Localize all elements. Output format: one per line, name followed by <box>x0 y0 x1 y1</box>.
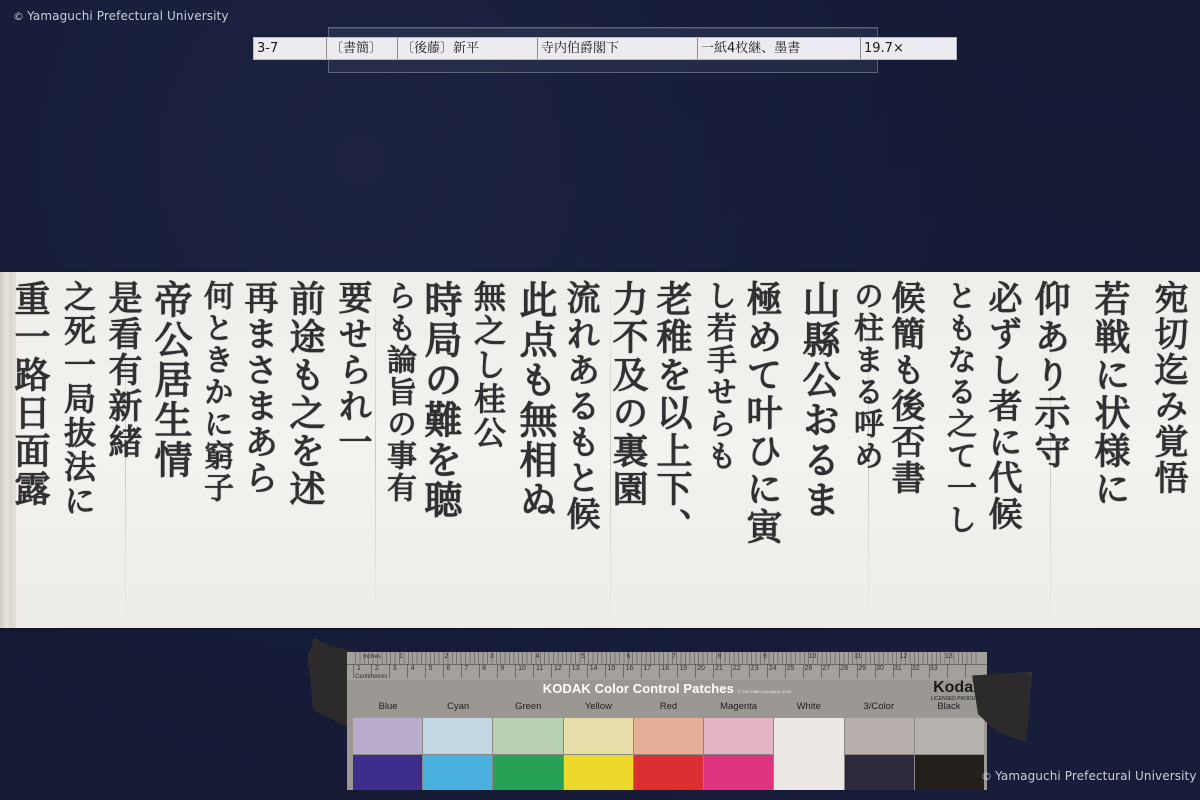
cm-mark: 9 <box>500 665 504 672</box>
calligraphy-column: の柱まる呼め <box>850 280 880 472</box>
color-patch-red <box>634 718 704 790</box>
color-patch-green <box>493 718 563 790</box>
cm-mark: 31 <box>894 665 902 672</box>
color-patch-3-color <box>845 718 915 790</box>
cm-mark: 7 <box>464 665 468 672</box>
patch-swatch-light <box>564 718 633 755</box>
kodak-color-control-strip: Inches Centimetres 123456789101112131234… <box>347 652 987 790</box>
calligraphy-column: 重一路日面露 <box>12 280 48 508</box>
cm-mark: 20 <box>697 665 705 672</box>
calligraphy-letter-paper: 宛切迄み覚悟若戦に状様に仰あり示守必ずし者に代候ともなる之て一し候簡も後否書の柱… <box>0 272 1200 628</box>
patch-swatch-dark <box>493 755 562 791</box>
calligraphy-column: 時局の難を聴 <box>421 280 459 520</box>
label-cell-id: 3-7 <box>254 38 327 59</box>
patch-swatch-light <box>423 718 492 755</box>
inch-mark: 6 <box>627 653 631 660</box>
calligraphy-column: 前途も之を述 <box>287 280 323 508</box>
color-patch-cyan <box>423 718 493 790</box>
cm-mark: 32 <box>912 665 920 672</box>
measurement-ruler: Inches Centimetres 123456789101112131234… <box>347 652 987 680</box>
patch-label-magenta: Magenta <box>704 701 774 715</box>
catalog-label-strip: 3-7〔書簡〕〔後藤〕新平寺内伯爵閣下一紙4枚継、墨書19.7× <box>253 37 957 60</box>
inch-mark: 8 <box>718 653 722 660</box>
cm-mark: 33 <box>930 665 938 672</box>
calligraphy-column: 力不及の裏園 <box>610 280 646 508</box>
cm-mark: 14 <box>590 665 598 672</box>
color-patch-white <box>774 718 844 790</box>
patch-label-black: Black <box>914 701 984 715</box>
calligraphy-column: 必ずし者に代候 <box>985 280 1019 532</box>
calligraphy-column: 候簡も後否書 <box>888 280 922 496</box>
cm-mark: 17 <box>643 665 651 672</box>
copyright-symbol: © <box>981 770 992 783</box>
inch-mark: 2 <box>445 653 449 660</box>
inch-mark: 12 <box>900 653 908 660</box>
calligraphy-column: 山縣公おるま <box>799 280 837 520</box>
patch-label-red: Red <box>633 701 703 715</box>
cm-mark: 2 <box>375 665 379 672</box>
patch-label-white: White <box>774 701 844 715</box>
cm-mark: 29 <box>858 665 866 672</box>
calligraphy-column: 之死一局抜法に <box>62 280 94 518</box>
cm-mark: 1 <box>357 665 361 672</box>
color-patch-yellow <box>564 718 634 790</box>
cm-mark: 24 <box>769 665 777 672</box>
copyright-watermark-top: ©Yamaguchi Prefectural University <box>13 9 229 23</box>
cm-mark: 15 <box>608 665 616 672</box>
copyright-text: Yamaguchi Prefectural University <box>995 769 1196 783</box>
cm-mark: 22 <box>733 665 741 672</box>
cm-mark: 28 <box>840 665 848 672</box>
patch-swatch-dark <box>564 755 633 791</box>
cm-mark: 18 <box>661 665 669 672</box>
color-patches <box>353 718 984 790</box>
patch-swatch-dark <box>845 755 914 791</box>
label-cell-dimensions: 19.7× <box>861 38 956 59</box>
label-cell-format: 一紙4枚継、墨書 <box>698 38 861 59</box>
calligraphy-column: 再まさまあら <box>241 280 275 496</box>
inch-mark: 3 <box>490 653 494 660</box>
calligraphy-column: 要せられ一 <box>335 280 369 460</box>
inch-mark: 5 <box>581 653 585 660</box>
copyright-symbol: © <box>13 10 24 23</box>
cm-mark: 26 <box>805 665 813 672</box>
patch-label-3-color: 3/Color <box>844 701 914 715</box>
label-cell-recipient: 寺内伯爵閣下 <box>538 38 698 59</box>
calligraphy-column: 若戦に状様に <box>1092 280 1128 508</box>
patch-label-green: Green <box>493 701 563 715</box>
inches-label: Inches <box>363 654 381 660</box>
patch-swatch-light <box>704 718 773 755</box>
calligraphy-column: し若手せらも <box>703 280 733 472</box>
cm-mark: 12 <box>554 665 562 672</box>
calligraphy-column: らも論旨の事有 <box>383 280 413 504</box>
calligraphy-column: 是看有新緒 <box>105 280 139 460</box>
color-patch-blue <box>353 718 423 790</box>
cm-mark: 5 <box>429 665 433 672</box>
copyright-text: Yamaguchi Prefectural University <box>27 9 228 23</box>
calligraphy-column: 仰あり示守 <box>1032 280 1068 470</box>
calligraphy-column: 何ときかに窮子 <box>200 280 230 504</box>
inch-mark: 4 <box>536 653 540 660</box>
inch-mark: 1 <box>399 653 403 660</box>
cm-mark: 30 <box>876 665 884 672</box>
tiffen-copyright: © The Tiffen Company, 2000 <box>738 689 791 694</box>
cm-mark: 23 <box>751 665 759 672</box>
cm-mark: 16 <box>626 665 634 672</box>
patch-swatch-dark <box>423 755 492 791</box>
patch-swatch-light <box>845 718 914 755</box>
color-patch-black <box>915 718 984 790</box>
calligraphy-column: 無之し桂公 <box>472 280 504 450</box>
patch-swatch-dark <box>704 755 773 791</box>
centimetres-label: Centimetres <box>355 674 387 680</box>
calligraphy-column: 帝公居生情 <box>151 280 189 480</box>
calligraphy-column: 老稚を以上下、 <box>654 280 690 546</box>
cm-mark: 8 <box>482 665 486 672</box>
patch-swatch-light <box>634 718 703 755</box>
patch-swatch-light <box>915 718 984 755</box>
patch-swatch <box>774 718 843 790</box>
patch-swatch-dark <box>915 755 984 791</box>
calligraphy-column: 宛切迄み覚悟 <box>1151 280 1185 496</box>
paper-fold-line <box>375 272 376 628</box>
patch-swatch-dark <box>634 755 703 791</box>
inch-mark: 10 <box>809 653 817 660</box>
patch-label-cyan: Cyan <box>423 701 493 715</box>
color-patch-magenta <box>704 718 774 790</box>
inch-mark: 11 <box>854 653 861 660</box>
patch-label-blue: Blue <box>353 701 423 715</box>
cm-mark: 19 <box>679 665 687 672</box>
calligraphy-column: 流れあるもと候 <box>563 280 597 532</box>
patch-labels: BlueCyanGreenYellowRedMagentaWhite3/Colo… <box>353 701 984 715</box>
cm-mark: 11 <box>536 665 543 672</box>
inch-mark: 7 <box>672 653 676 660</box>
cm-mark: 3 <box>393 665 397 672</box>
label-cell-type: 〔書簡〕 <box>327 38 398 59</box>
cm-mark: 10 <box>518 665 526 672</box>
inch-mark: 9 <box>763 653 767 660</box>
patch-label-yellow: Yellow <box>563 701 633 715</box>
calligraphy-column: ともなる之て一し <box>943 280 973 536</box>
cm-mark: 25 <box>787 665 795 672</box>
label-cell-sender: 〔後藤〕新平 <box>398 38 538 59</box>
inch-mark: 13 <box>945 653 953 660</box>
cm-mark: 13 <box>572 665 580 672</box>
cm-mark: 4 <box>411 665 415 672</box>
kodak-title: KODAK Color Control Patches© The Tiffen … <box>347 681 987 696</box>
patch-swatch-dark <box>353 755 422 791</box>
cm-mark: 21 <box>715 665 723 672</box>
cm-mark: 6 <box>447 665 451 672</box>
kodak-title-text: KODAK Color Control Patches <box>543 681 734 696</box>
copyright-watermark-bottom: ©Yamaguchi Prefectural University <box>981 769 1197 783</box>
calligraphy-column: 極めて叶ひに寅 <box>744 280 780 546</box>
cm-mark: 27 <box>822 665 830 672</box>
patch-swatch-light <box>353 718 422 755</box>
calligraphy-column: 此点も無相ぬ <box>516 280 554 520</box>
patch-swatch-light <box>493 718 562 755</box>
